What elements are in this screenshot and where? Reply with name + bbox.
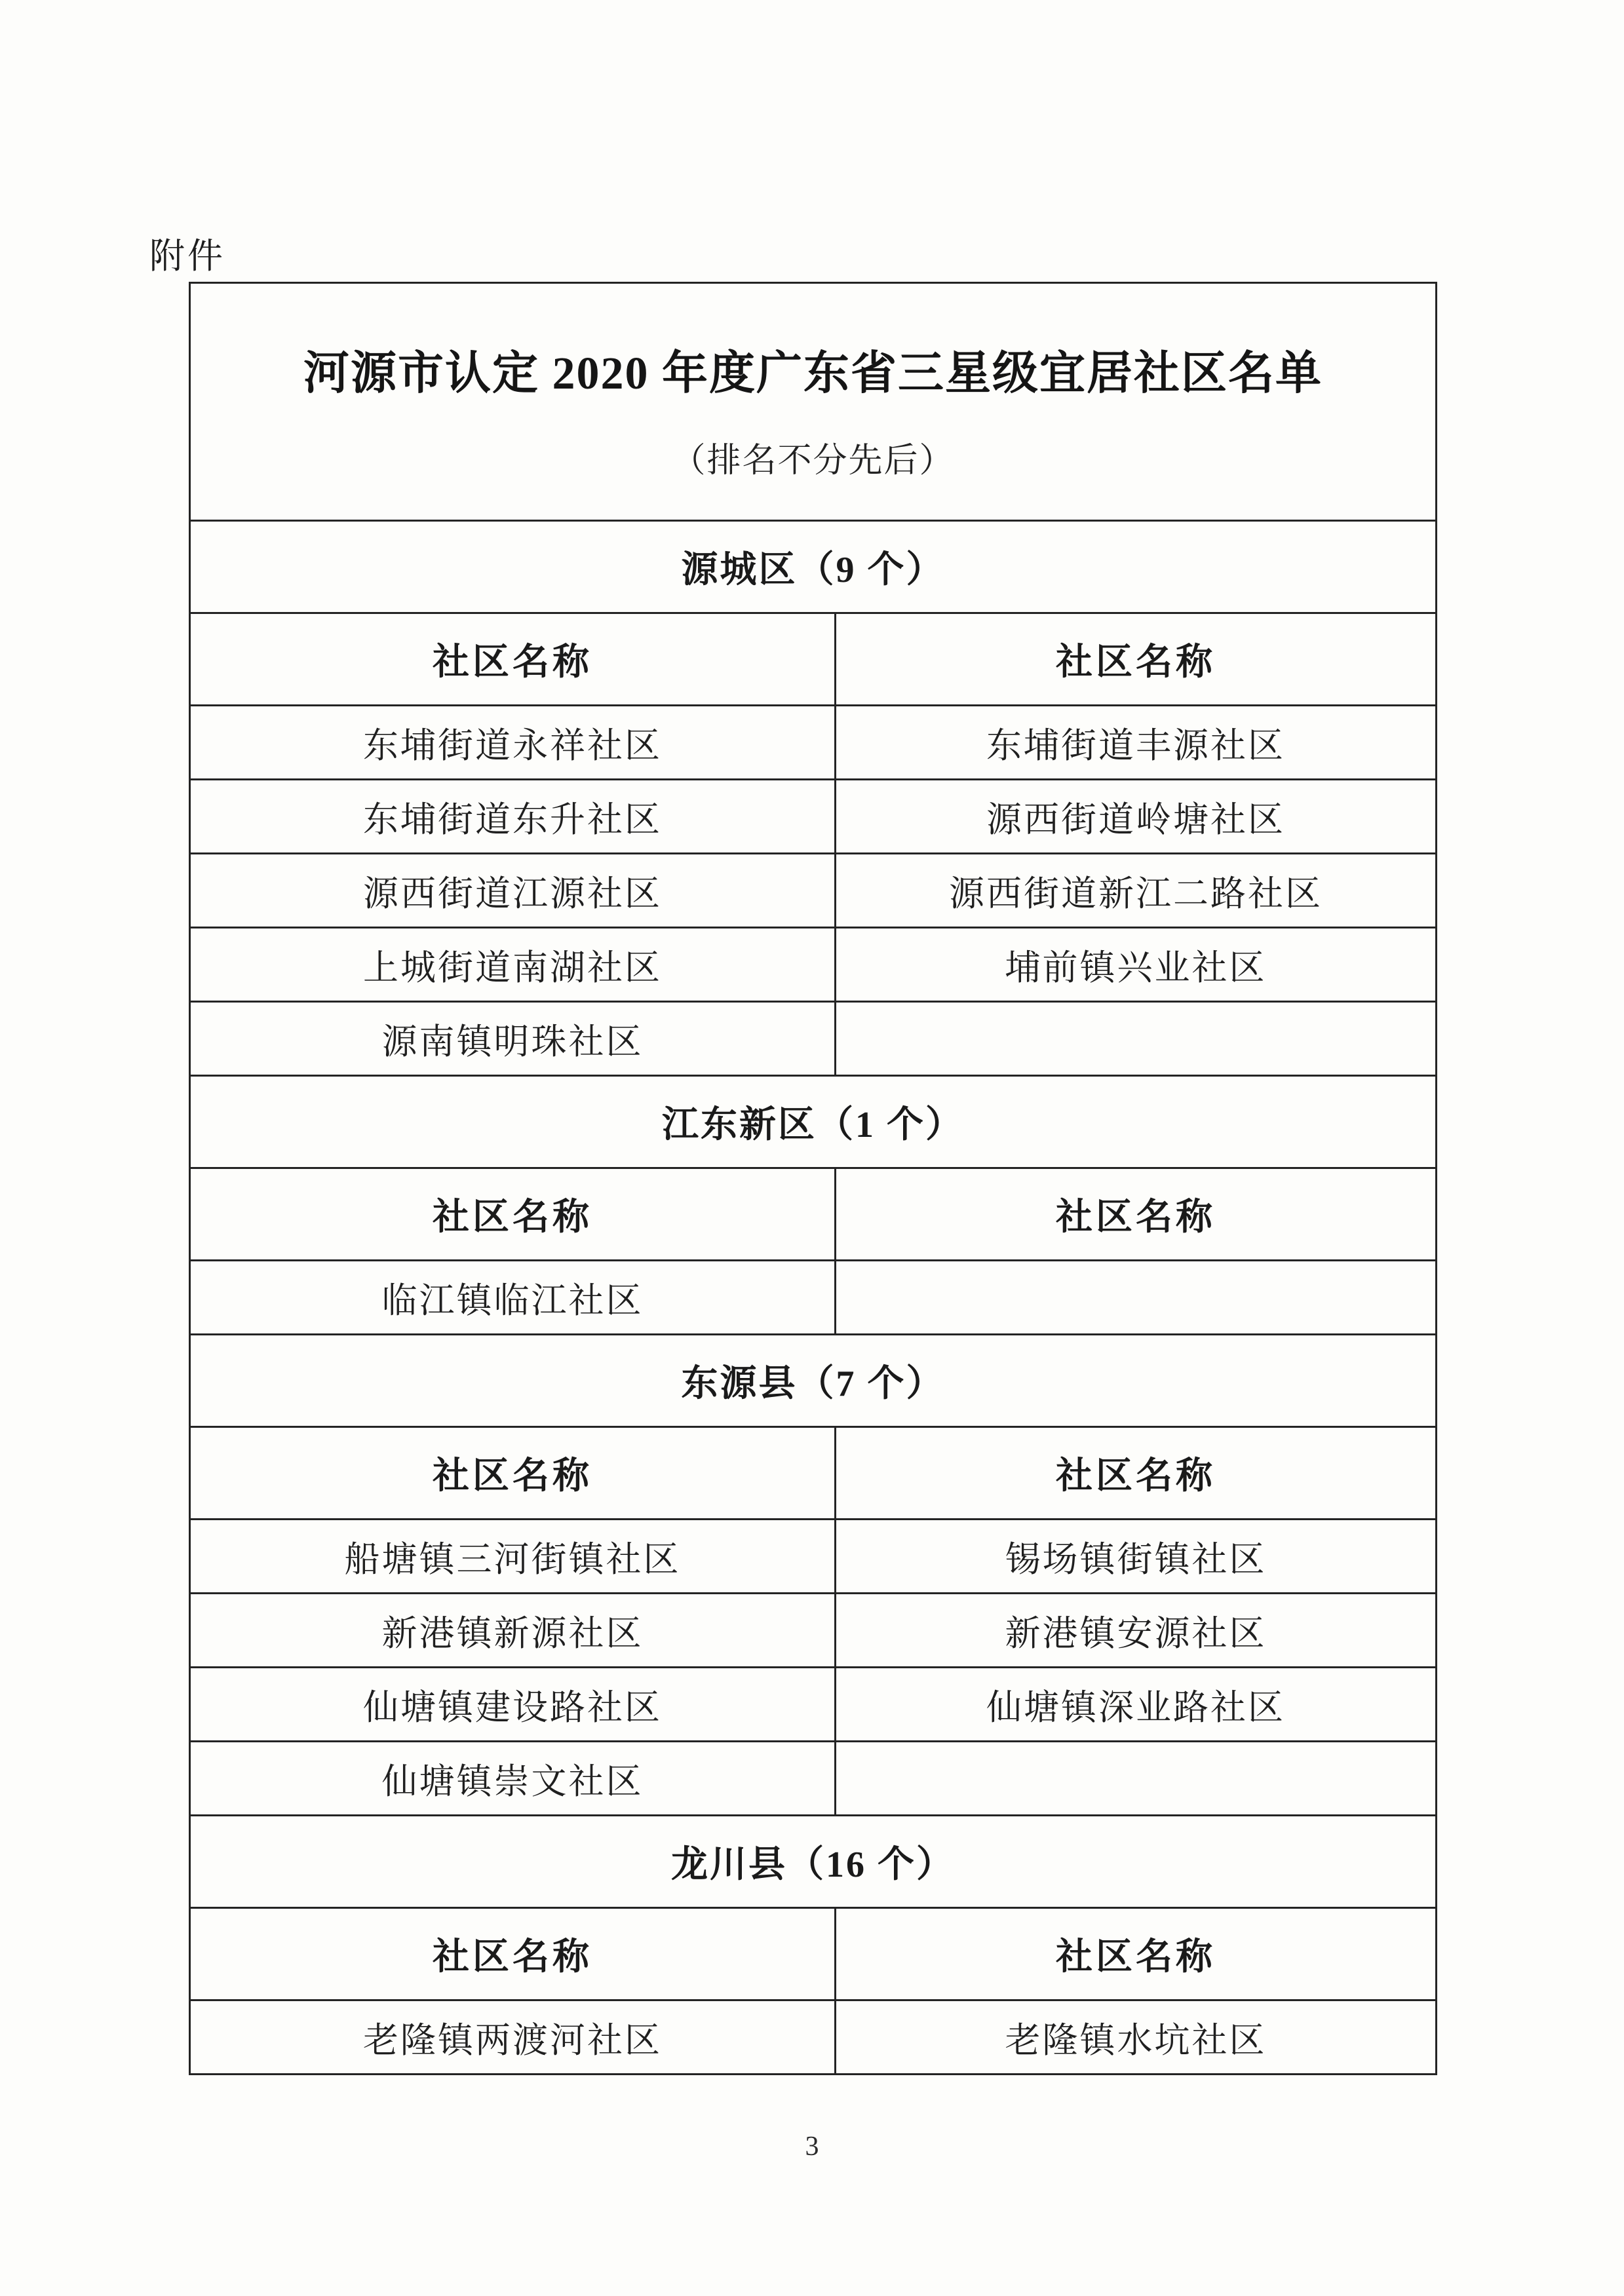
section-banner-row: 江东新区（1 个） [190, 1076, 1437, 1168]
table-row: 源西街道江源社区 源西街道新江二路社区 [190, 854, 1437, 928]
community-list-table: 河源市认定 2020 年度广东省三星级宜居社区名单 （排名不分先后） 源城区（9… [189, 282, 1437, 2075]
community-cell: 临江镇临江社区 [190, 1261, 836, 1335]
column-header-row: 社区名称 社区名称 [190, 1168, 1437, 1261]
column-header-left: 社区名称 [190, 1908, 836, 2000]
section-banner-row: 东源县（7 个） [190, 1335, 1437, 1427]
column-header-right: 社区名称 [836, 1908, 1437, 2000]
section-title-jiangdongxinqu: 江东新区（1 个） [190, 1076, 1437, 1168]
community-cell: 锡场镇街镇社区 [836, 1520, 1437, 1594]
table-row: 船塘镇三河街镇社区 锡场镇街镇社区 [190, 1520, 1437, 1594]
table-row: 仙塘镇建设路社区 仙塘镇深业路社区 [190, 1668, 1437, 1742]
community-cell: 仙塘镇建设路社区 [190, 1668, 836, 1742]
column-header-row: 社区名称 社区名称 [190, 1908, 1437, 2000]
community-cell-empty [836, 1002, 1437, 1076]
table-title-block: 河源市认定 2020 年度广东省三星级宜居社区名单 （排名不分先后） [191, 322, 1435, 482]
community-cell: 源西街道新江二路社区 [836, 854, 1437, 928]
section-title-dongyuanxian: 东源县（7 个） [190, 1335, 1437, 1427]
community-cell: 仙塘镇崇文社区 [190, 1742, 836, 1816]
community-cell: 船塘镇三河街镇社区 [190, 1520, 836, 1594]
document-subtitle: （排名不分先后） [671, 432, 954, 482]
table-row: 东埔街道永祥社区 东埔街道丰源社区 [190, 706, 1437, 780]
column-header-left: 社区名称 [190, 1168, 836, 1261]
community-cell: 老隆镇两渡河社区 [190, 2000, 836, 2075]
community-cell: 东埔街道永祥社区 [190, 706, 836, 780]
column-header-row: 社区名称 社区名称 [190, 613, 1437, 706]
table-row: 源南镇明珠社区 [190, 1002, 1437, 1076]
community-cell: 源西街道岭塘社区 [836, 780, 1437, 854]
community-cell: 仙塘镇深业路社区 [836, 1668, 1437, 1742]
community-cell: 新港镇新源社区 [190, 1594, 836, 1668]
table-title-cell: 河源市认定 2020 年度广东省三星级宜居社区名单 （排名不分先后） [190, 283, 1437, 521]
column-header-right: 社区名称 [836, 613, 1437, 706]
column-header-right: 社区名称 [836, 1427, 1437, 1520]
table-row: 老隆镇两渡河社区 老隆镇水坑社区 [190, 2000, 1437, 2075]
community-cell: 新港镇安源社区 [836, 1594, 1437, 1668]
column-header-row: 社区名称 社区名称 [190, 1427, 1437, 1520]
attachment-label: 附件 [149, 228, 225, 278]
table-row: 仙塘镇崇文社区 [190, 1742, 1437, 1816]
section-banner-row: 源城区（9 个） [190, 521, 1437, 613]
community-cell-empty [836, 1261, 1437, 1335]
document-title: 河源市认定 2020 年度广东省三星级宜居社区名单 [303, 336, 1323, 402]
section-title-yuanchengqu: 源城区（9 个） [190, 521, 1437, 613]
community-cell: 源南镇明珠社区 [190, 1002, 836, 1076]
table-title-row: 河源市认定 2020 年度广东省三星级宜居社区名单 （排名不分先后） [190, 283, 1437, 521]
table-row: 上城街道南湖社区 埔前镇兴业社区 [190, 928, 1437, 1002]
table-row: 新港镇新源社区 新港镇安源社区 [190, 1594, 1437, 1668]
community-cell: 源西街道江源社区 [190, 854, 836, 928]
table-row: 临江镇临江社区 [190, 1261, 1437, 1335]
community-cell: 埔前镇兴业社区 [836, 928, 1437, 1002]
community-cell-empty [836, 1742, 1437, 1816]
section-title-longchuanxian: 龙川县（16 个） [190, 1816, 1437, 1908]
table-row: 东埔街道东升社区 源西街道岭塘社区 [190, 780, 1437, 854]
page-number: 3 [0, 2131, 1624, 2162]
community-cell: 东埔街道东升社区 [190, 780, 836, 854]
community-cell: 老隆镇水坑社区 [836, 2000, 1437, 2075]
community-cell: 东埔街道丰源社区 [836, 706, 1437, 780]
column-header-right: 社区名称 [836, 1168, 1437, 1261]
column-header-left: 社区名称 [190, 1427, 836, 1520]
section-banner-row: 龙川县（16 个） [190, 1816, 1437, 1908]
scanned-document-page: 附件 河源市认定 2020 年度广东省三星级宜居社区名单 （排名不分先后） 源城… [0, 0, 1624, 2296]
column-header-left: 社区名称 [190, 613, 836, 706]
community-cell: 上城街道南湖社区 [190, 928, 836, 1002]
